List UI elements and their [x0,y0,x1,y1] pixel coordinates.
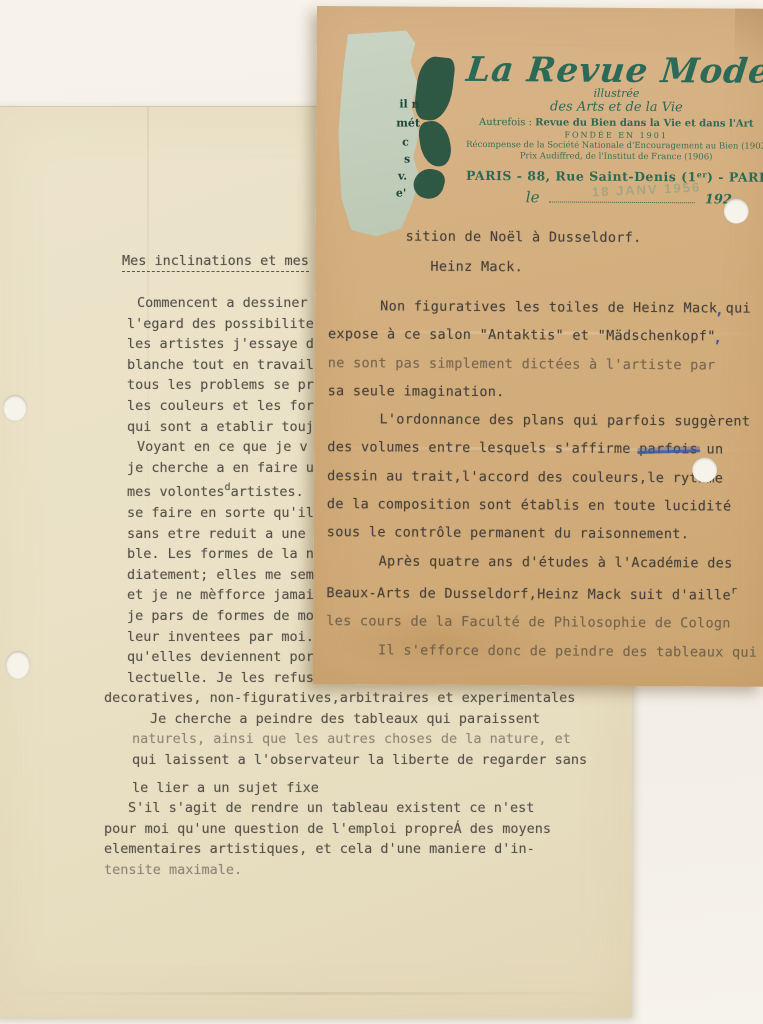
letterhead-subtitle-arts: des Arts et de la Vie [466,99,763,116]
left-page-heading: Mes inclinations et mes [122,253,309,269]
typed-line: sa seule imagination. [328,377,763,408]
fragment-text: c [402,136,409,149]
letterhead-title: La Revue Moderne [464,51,763,91]
punch-hole [6,651,30,679]
typed-line: Beaux-Arts de Dusseldorf,Heinz Mack suit… [326,575,763,610]
typed-line: S'il s'agit de rendre un tableau existen… [104,798,624,819]
letterhead-award: Récompense de la Société Nationale d'Enc… [466,140,763,152]
typed-line: qui laissent a l'observateur la liberte … [104,750,624,771]
line-segment: mes volontes [127,484,225,500]
line-segment: Beaux-Arts de Dusseldorf,Heinz Mack suit… [326,585,731,603]
struck-word-parfois: parfois [639,441,698,457]
typed-line: L'ordonnance des plans qui parfois suggè… [327,405,763,436]
typed-line: les cours de la Faculté de Philosophie d… [326,607,763,638]
fragment-text: v. [398,169,407,182]
typed-line: le lier a un sujet fixe [104,778,624,799]
typed-line: Je cherche a peindre des tableaux qui pa… [104,709,624,730]
torn-green-fragment: il n mét c s v. e' [336,28,457,239]
typed-line: naturels, ainsi que les autres choses de… [104,729,624,750]
date-le-label: le [526,188,540,206]
heading-underlined-text: Mes inclinations et mes [122,253,309,272]
line-segment: un [698,442,723,458]
line-segment: des volumes entre lesquels s'affirme [327,440,639,458]
autrefois-text: Revue du Bien dans la Vie et dans l'Art [535,117,753,129]
address-segment: ) - PARIS [707,169,763,184]
letterhead: La Revue Moderne illustrée des Arts et d… [466,51,763,185]
typed-line: decoratives, non-figuratives,arbitraires… [104,688,624,709]
punch-hole [692,457,717,482]
typed-line: Non figuratives les toiles de Heinz Mack… [328,292,763,323]
typed-line: de la composition sont établis en toute … [327,490,763,521]
typed-line: ne sont pas simplement dictées à l'artis… [328,349,763,380]
fragment-text: s [404,153,410,166]
address-superscript: er [697,169,707,179]
line-segment: Non figuratives les toiles de Heinz Mack [380,298,717,316]
paper-crease [0,992,632,995]
letterhead-award: Prix Audiffred, de l'Institut de France … [466,151,763,163]
typed-line: Après quatre ans d'études à l'Académie d… [327,547,763,578]
engraving-fragment [413,55,456,123]
letterhead-address: PARIS - 88, Rue Saint-Denis (1er) - PARI… [466,168,763,185]
fragment-text: mét [396,116,420,129]
subject-line: Heinz Mack. [430,259,523,276]
punch-hole [724,198,749,223]
letterhead-former-name: Autrefois : Revue du Bien dans la Vie et… [466,117,763,130]
engraving-fragment [417,119,453,169]
typed-line: pour moi qu'une question de l'emploi pro… [104,819,624,840]
autrefois-label: Autrefois : [479,117,532,128]
superscript-r: r [731,586,737,597]
line-segment: artistes. [231,484,304,500]
typed-line: expose à ce salon "Antaktis" et "Mädsche… [328,320,763,351]
revue-moderne-letter-page: il n mét c s v. e' La Revue Moderne illu… [313,6,763,687]
typed-line: sous le contrôle permanent du raisonneme… [327,518,763,549]
line-segment: expose à ce salon "Antaktis" et "Mädsche… [328,326,716,344]
fragment-text: il n [399,98,419,111]
typed-line: Il s'efforce donc de peindre des tableau… [326,636,763,667]
typed-line: elementaires artistiques, et cela d'une … [104,839,624,860]
archive-scan-backdrop: Mes inclinations et mes Commencent a des… [0,0,763,1024]
exposition-title-line: sition de Noël à Dusseldorf. [406,229,642,246]
date-line: le 192 18 JANV 1956 [526,187,758,207]
typed-line: tensite maximale. [104,860,624,881]
punch-hole [3,395,27,421]
fragment-text: e' [396,186,406,199]
letterhead-founded: FONDÉE EN 1901 [466,130,763,141]
